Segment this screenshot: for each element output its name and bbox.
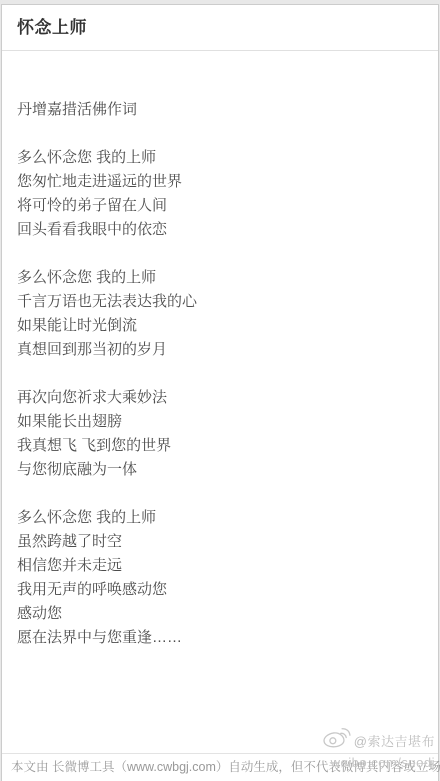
blank-line xyxy=(17,482,423,506)
blank-line xyxy=(17,122,423,146)
poem-line: 我用无声的呼唤感动您 xyxy=(17,578,423,602)
poem-line: 真想回到那当初的岁月 xyxy=(17,338,423,362)
weibo-watermark: @索达吉堪布 weibo.com/suodj xyxy=(322,729,435,773)
poem-line: 我真想飞 飞到您的世界 xyxy=(17,434,423,458)
poem-line: 与您彻底融为一体 xyxy=(17,458,423,482)
poem-line: 多么怀念您 我的上师 xyxy=(17,266,423,290)
weibo-icon xyxy=(322,726,352,756)
blank-line xyxy=(17,362,423,386)
poem-line: 千言万语也无法表达我的心 xyxy=(17,290,423,314)
poem-line: 如果能让时光倒流 xyxy=(17,314,423,338)
watermark-handle: @索达吉堪布 xyxy=(354,731,435,752)
poem-line: 相信您并未走远 xyxy=(17,554,423,578)
poem-line: 将可怜的弟子留在人间 xyxy=(17,194,423,218)
page-title: 怀念上师 xyxy=(17,18,423,38)
blank-line xyxy=(17,242,423,266)
poem-line: 回头看看我眼中的依恋 xyxy=(17,218,423,242)
poem-line: 多么怀念您 我的上师 xyxy=(17,146,423,170)
poem-line: 如果能长出翅膀 xyxy=(17,410,423,434)
poem-line: 您匆忙地走进遥远的世界 xyxy=(17,170,423,194)
poem-body: 丹增嘉措活佛作词 多么怀念您 我的上师 您匆忙地走进遥远的世界 将可怜的弟子留在… xyxy=(2,51,438,650)
content-card: 怀念上师 丹增嘉措活佛作词 多么怀念您 我的上师 您匆忙地走进遥远的世界 将可怜… xyxy=(1,4,439,781)
poem-line: 虽然跨越了时空 xyxy=(17,530,423,554)
watermark-url: weibo.com/suodj xyxy=(322,753,435,773)
title-bar: 怀念上师 xyxy=(2,5,438,51)
poem-line: 感动您 xyxy=(17,602,423,626)
poem-line: 多么怀念您 我的上师 xyxy=(17,506,423,530)
poem-line: 愿在法界中与您重逢…… xyxy=(17,626,423,650)
poem-line: 再次向您祈求大乘妙法 xyxy=(17,386,423,410)
watermark-handle-row: @索达吉堪布 xyxy=(322,729,435,753)
credit-line: 丹增嘉措活佛作词 xyxy=(17,98,423,122)
